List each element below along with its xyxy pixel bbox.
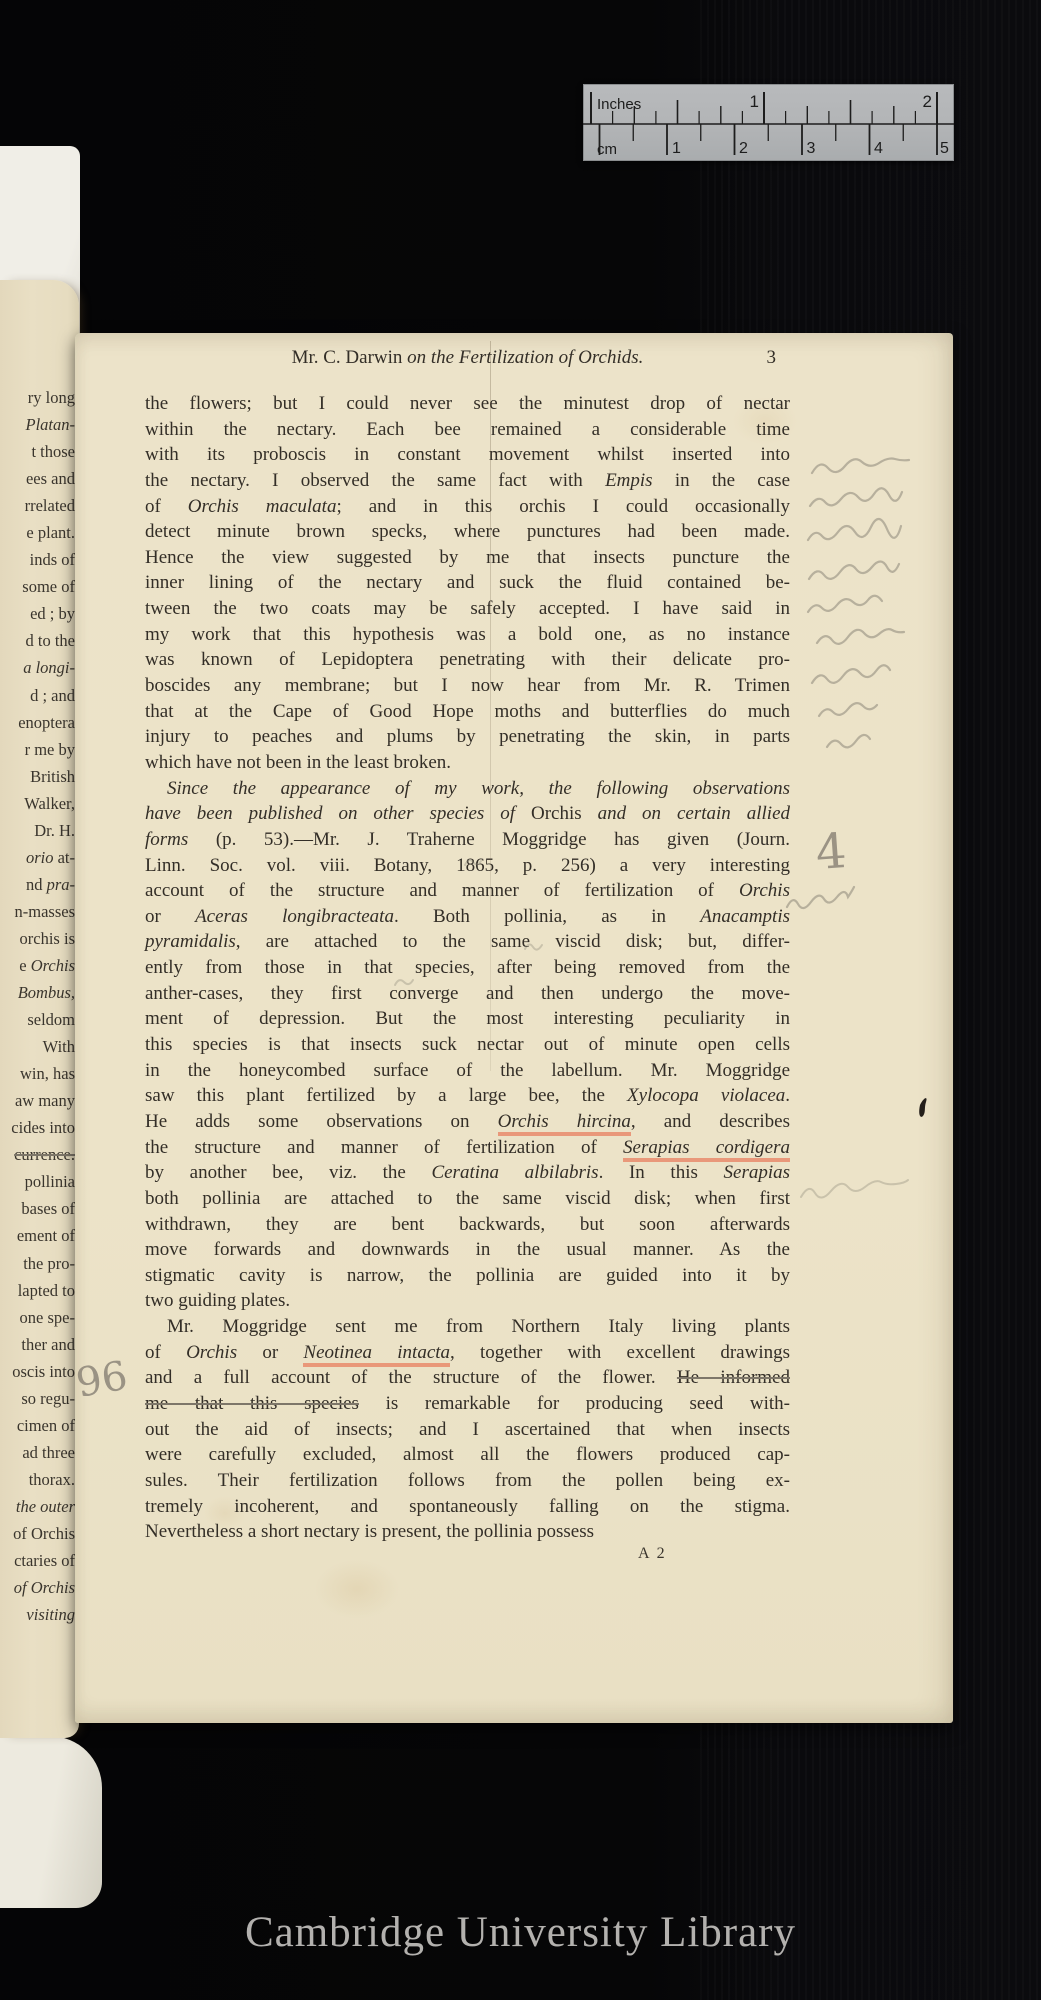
pencil-number-note: 4 xyxy=(814,823,848,881)
body-text-line: boscides any membrane; but I now hear fr… xyxy=(145,673,790,699)
facing-page-text-fragment: visiting xyxy=(0,1601,79,1628)
text-segment: pyramidalis xyxy=(145,931,236,952)
facing-page-text-fragment: ees and xyxy=(0,465,79,492)
text-segment: ctaries of xyxy=(14,1551,75,1570)
text-segment: . xyxy=(785,1085,790,1106)
text-segment: in the case xyxy=(653,470,790,491)
text-segment: e plant. xyxy=(26,523,75,542)
inch-ticks xyxy=(591,92,937,124)
pencil-struck-phrase: currence. xyxy=(14,1145,75,1164)
body-text-line: out the aid of insects; and I ascertaine… xyxy=(145,1417,790,1443)
facing-page-text-fragment: With xyxy=(0,1033,79,1060)
text-segment: Mr. Moggridge sent me from Northern Ital… xyxy=(167,1316,790,1337)
text-segment: cimen of xyxy=(17,1416,75,1435)
cm-number-5: 5 xyxy=(940,140,949,157)
text-segment: sules. Their fertilization follows from … xyxy=(145,1470,790,1491)
text-segment: ently from those in that species, after … xyxy=(145,957,790,978)
text-segment: inner lining of the nectary and suck the… xyxy=(145,572,790,593)
text-segment: in the honeycombed surface of the labell… xyxy=(145,1060,790,1081)
facing-page-text-fragments: ry longPlatan-t thoseees andrrelatede pl… xyxy=(0,384,79,1628)
text-segment: orchis is xyxy=(20,929,75,948)
red-underlined-phrase: Orchis hircina xyxy=(498,1111,631,1136)
text-segment: forms xyxy=(145,829,188,850)
facing-page-text-fragment: d to the xyxy=(0,627,79,654)
body-text-line: this species is that insects suck nectar… xyxy=(145,1032,790,1058)
text-segment: my work that this hypothesis was a bold … xyxy=(145,624,790,645)
body-text-line: forms (p. 53).—Mr. J. Traherne Moggridge… xyxy=(145,827,790,853)
facing-page-text-fragment: r me by xyxy=(0,736,79,763)
text-segment: Anacamptis xyxy=(700,906,790,927)
pencil-struck-phrase: me that this species xyxy=(145,1393,359,1414)
text-segment: oscis into xyxy=(12,1362,75,1381)
illegible-pencil-scribble xyxy=(801,1180,908,1198)
text-segment: saw this plant fertilized by a large bee… xyxy=(145,1085,627,1106)
illegible-pencil-note-line xyxy=(812,665,890,683)
text-segment: enoptera xyxy=(18,713,75,732)
body-text-line: Linn. Soc. vol. viii. Botany, 1865, p. 2… xyxy=(145,853,790,879)
text-segment: Walker, xyxy=(24,794,75,813)
body-text-line: that at the Cape of Good Hope moths and … xyxy=(145,699,790,725)
text-segment: lapted to xyxy=(18,1281,75,1300)
text-segment: With xyxy=(43,1037,75,1056)
text-segment: detect minute brown specks, where punctu… xyxy=(145,521,790,542)
header-author: Mr. C. Darwin xyxy=(292,347,403,368)
facing-page-text-fragment: cides into xyxy=(0,1114,79,1141)
body-text-line: inner lining of the nectary and suck the… xyxy=(145,570,790,596)
facing-page-text-fragment: seldom xyxy=(0,1006,79,1033)
illegible-pencil-note-line xyxy=(808,596,882,612)
text-segment: or xyxy=(237,1342,303,1363)
facing-page-text-fragment: e Orchis xyxy=(0,952,79,979)
body-text-line: He adds some observations on Orchis hirc… xyxy=(145,1109,790,1135)
illegible-pencil-note-line xyxy=(812,459,909,474)
body-text-line: have been published on other species of … xyxy=(145,801,790,827)
text-segment: stigmatic cavity is narrow, the pollinia… xyxy=(145,1265,790,1286)
text-segment: have been published on other species of xyxy=(145,803,531,824)
text-segment: , together with excellent drawings xyxy=(450,1342,790,1363)
text-segment: ees and xyxy=(26,469,75,488)
body-text-line: two guiding plates. xyxy=(145,1288,790,1314)
half-cm-ticks xyxy=(633,124,903,141)
body-text-line: both pollinia are attached to the same v… xyxy=(145,1186,790,1212)
text-segment: or xyxy=(145,906,195,927)
text-segment: which have not been in the least broken. xyxy=(145,752,451,773)
body-text-line: was known of Lepidoptera penetrating wit… xyxy=(145,647,790,673)
text-segment: Orchis xyxy=(531,803,582,824)
facing-page-text-fragment: currence. xyxy=(0,1141,79,1168)
cm-number-2: 2 xyxy=(739,140,748,157)
body-text-line: in the honeycombed surface of the labell… xyxy=(145,1058,790,1084)
text-segment: of Orchis xyxy=(13,1524,75,1543)
facing-page-text-fragment: oscis into xyxy=(0,1358,79,1385)
facing-page-edge: ry longPlatan-t thoseees andrrelatede pl… xyxy=(0,280,79,1738)
text-segment: rrelated xyxy=(25,496,75,515)
body-text-line: which have not been in the least broken. xyxy=(145,750,790,776)
text-segment: Aceras longibracteata xyxy=(195,906,394,927)
body-text-line: saw this plant fertilized by a large bee… xyxy=(145,1083,790,1109)
text-segment: . Both pollinia, as in xyxy=(394,906,700,927)
body-text-line: the structure and manner of fertilizatio… xyxy=(145,1135,790,1161)
facing-page-text-fragment: Platan- xyxy=(0,411,79,438)
text-segment: account of the structure and manner of f… xyxy=(145,880,739,901)
facing-page-text-fragment: British xyxy=(0,763,79,790)
inch-number-1: 1 xyxy=(750,92,759,111)
body-text-line: Nevertheless a short nectary is present,… xyxy=(145,1519,790,1545)
body-text-line: ently from those in that species, after … xyxy=(145,955,790,981)
facing-page-text-fragment: of Orchis xyxy=(0,1520,79,1547)
ink-speck xyxy=(919,1098,926,1117)
running-header: Mr. C. Darwin on the Fertilization of Or… xyxy=(145,347,790,369)
body-text-line: stigmatic cavity is narrow, the pollinia… xyxy=(145,1263,790,1289)
pencil-struck-phrase: He informed xyxy=(677,1367,790,1388)
text-segment: Empis xyxy=(605,470,653,491)
text-segment: that at the Cape of Good Hope moths and … xyxy=(145,701,790,722)
illegible-pencil-note-line xyxy=(819,703,877,716)
body-text-line: were carefully excluded, almost all the … xyxy=(145,1442,790,1468)
text-segment: visiting xyxy=(26,1605,75,1624)
facing-page-text-fragment: ed ; by xyxy=(0,600,79,627)
text-segment: t those xyxy=(31,442,75,461)
facing-page-text-fragment: inds of xyxy=(0,546,79,573)
body-text-line: anther-cases, they first converge and th… xyxy=(145,981,790,1007)
text-segment: Orchis xyxy=(31,956,75,975)
text-segment: He adds some observations on xyxy=(145,1111,498,1132)
text-segment: injury to peaches and plums by penetrati… xyxy=(145,726,790,747)
text-segment: some of xyxy=(22,577,75,596)
facing-page-text-fragment: ry long xyxy=(0,384,79,411)
illegible-pencil-note-line xyxy=(809,562,899,580)
text-segment: the outer xyxy=(16,1497,75,1516)
text-segment: thorax. xyxy=(29,1470,75,1489)
facing-page-text-fragment: the pro- xyxy=(0,1250,79,1277)
text-segment: d ; and xyxy=(30,686,75,705)
facing-page-text-fragment: aw many xyxy=(0,1087,79,1114)
text-segment: the nectary. I observed the same fact wi… xyxy=(145,470,605,491)
facing-page-text-fragment: win, has xyxy=(0,1060,79,1087)
text-segment: was known of Lepidoptera penetrating wit… xyxy=(145,649,790,670)
text-segment: boscides any membrane; but I now hear fr… xyxy=(145,675,790,696)
text-segment: is remarkable for producing seed with- xyxy=(359,1393,790,1414)
body-text-line: pyramidalis, are attached to the same vi… xyxy=(145,929,790,955)
illegible-pencil-note-line xyxy=(810,488,902,506)
cm-number-4: 4 xyxy=(874,140,883,157)
ruler-cm-label: cm xyxy=(597,141,617,158)
body-text-line: move forwards and downwards in the usual… xyxy=(145,1237,790,1263)
body-text-line: Mr. Moggridge sent me from Northern Ital… xyxy=(145,1314,790,1340)
text-segment: and a full account of the structure of t… xyxy=(145,1367,677,1388)
text-segment: Serapias xyxy=(724,1162,791,1183)
facing-page-text-fragment: enoptera xyxy=(0,709,79,736)
body-text-line: ment of depression. But the most interes… xyxy=(145,1006,790,1032)
text-segment: so regu- xyxy=(21,1389,75,1408)
facing-page-text-fragment: one spe- xyxy=(0,1304,79,1331)
facing-page-text-fragment: nd pra- xyxy=(0,871,79,898)
text-segment: aw many xyxy=(15,1091,75,1110)
text-segment: , and describes xyxy=(631,1111,790,1132)
facing-page-text-fragment: pollinia xyxy=(0,1168,79,1195)
text-segment: this species is that insects suck nectar… xyxy=(145,1034,790,1055)
text-segment: Platan- xyxy=(26,415,76,434)
text-segment: cides into xyxy=(11,1118,75,1137)
book-page: Mr. C. Darwin on the Fertilization of Or… xyxy=(75,333,953,1723)
facing-page-text-fragment: Walker, xyxy=(0,790,79,817)
page-crease-line xyxy=(490,341,491,1071)
text-segment: Hence the view suggested by me that inse… xyxy=(145,547,790,568)
text-segment: ement of xyxy=(17,1226,75,1245)
body-text-line: by another bee, viz. the Ceratina albila… xyxy=(145,1160,790,1186)
facing-page-text-fragment: cimen of xyxy=(0,1412,79,1439)
header-title: on the Fertilization of Orchids. xyxy=(407,347,643,368)
text-segment: by another bee, viz. the xyxy=(145,1162,431,1183)
text-segment: the pro- xyxy=(23,1254,75,1273)
facing-page-text-fragment: the outer xyxy=(0,1493,79,1520)
body-text-line: the flowers; but I could never see the m… xyxy=(145,391,790,417)
body-text-line: injury to peaches and plums by penetrati… xyxy=(145,724,790,750)
page-number: 3 xyxy=(767,347,777,369)
text-segment: nd xyxy=(26,875,47,894)
facing-page-text-fragment: orio at- xyxy=(0,844,79,871)
body-text-line: withdrawn, they are bent backwards, but … xyxy=(145,1212,790,1238)
library-watermark: Cambridge University Library xyxy=(0,1908,1041,1957)
facing-page-text-fragment: ther and xyxy=(0,1331,79,1358)
text-segment: ther and xyxy=(21,1335,75,1354)
text-segment: bases of xyxy=(21,1199,75,1218)
text-segment: tween the two coats may be safely accept… xyxy=(145,598,790,619)
ruler-inches-label: Inches xyxy=(597,96,641,113)
body-text-block: the flowers; but I could never see the m… xyxy=(145,391,790,1545)
body-text-line: within the nectary. Each bee remained a … xyxy=(145,417,790,443)
text-segment: of xyxy=(145,1342,186,1363)
illegible-pencil-note-line xyxy=(827,735,870,747)
text-segment: out the aid of insects; and I ascertaine… xyxy=(145,1419,790,1440)
ruler: Inches cm 1 2 1 2 3 4 5 xyxy=(583,84,954,161)
pencil-number-note-left: 96 xyxy=(75,1353,131,1407)
facing-page-text-fragment: a longi- xyxy=(0,654,79,681)
facing-page-text-fragment: ement of xyxy=(0,1222,79,1249)
text-segment: ad three xyxy=(22,1443,75,1462)
body-text-line: tremely incoherent, and spontaneously fa… xyxy=(145,1494,790,1520)
facing-page-text-fragment: Bombus, xyxy=(0,979,79,1006)
facing-page-text-fragment: rrelated xyxy=(0,492,79,519)
facing-page-text-fragment: ad three xyxy=(0,1439,79,1466)
signature-mark: A 2 xyxy=(638,1545,667,1563)
text-segment: British xyxy=(30,767,75,786)
text-segment: the flowers; but I could never see the m… xyxy=(145,393,790,414)
body-text-line: Hence the view suggested by me that inse… xyxy=(145,545,790,571)
text-segment: two guiding plates. xyxy=(145,1290,290,1311)
body-text-line: me that this species is remarkable for p… xyxy=(145,1391,790,1417)
text-segment: n-masses xyxy=(15,902,76,921)
text-segment: d to the xyxy=(26,631,76,650)
facing-page-text-fragment: bases of xyxy=(0,1195,79,1222)
facing-page-text-fragment: t those xyxy=(0,438,79,465)
facing-page-text-fragment: some of xyxy=(0,573,79,600)
text-segment: anther-cases, they first converge and th… xyxy=(145,983,790,1004)
body-text-line: or Aceras longibracteata. Both pollinia,… xyxy=(145,904,790,930)
text-segment: of Orchis xyxy=(14,1578,75,1597)
body-text-line: and a full account of the structure of t… xyxy=(145,1365,790,1391)
text-segment: e xyxy=(19,956,30,975)
text-segment: ; and in this orchis I could occasionall… xyxy=(336,496,790,517)
text-segment: and on certain allied xyxy=(582,803,790,824)
body-text-line: the nectary. I observed the same fact wi… xyxy=(145,468,790,494)
facing-page-text-fragment: ctaries of xyxy=(0,1547,79,1574)
cm-number-1: 1 xyxy=(672,140,681,157)
text-segment: within the nectary. Each bee remained a … xyxy=(145,419,790,440)
text-segment: pollinia xyxy=(25,1172,75,1191)
text-segment: inds of xyxy=(30,550,75,569)
text-segment: Orchis maculata xyxy=(188,496,337,517)
text-segment: Orchis xyxy=(739,880,790,901)
text-segment: withdrawn, they are bent backwards, but … xyxy=(145,1214,790,1235)
text-segment: ry long xyxy=(28,388,75,407)
red-underlined-phrase: Serapias cordigera xyxy=(623,1137,790,1162)
text-segment: Nevertheless a short nectary is present,… xyxy=(145,1521,594,1542)
text-segment: seldom xyxy=(27,1010,75,1029)
text-segment: ed ; by xyxy=(30,604,75,623)
text-segment: Linn. Soc. vol. viii. Botany, 1865, p. 2… xyxy=(145,855,790,876)
body-text-line: Since the appearance of my work, the fol… xyxy=(145,776,790,802)
facing-page-text-fragment: e plant. xyxy=(0,519,79,546)
body-text-line: with its proboscis in constant movement … xyxy=(145,442,790,468)
text-segment: . In this xyxy=(599,1162,724,1183)
book-page-edge-bottom-left xyxy=(0,1736,102,1908)
text-segment: r me by xyxy=(25,740,75,759)
text-segment: Xylocopa violacea xyxy=(627,1085,785,1106)
text-segment: win, has xyxy=(20,1064,75,1083)
text-segment: tremely incoherent, and spontaneously fa… xyxy=(145,1496,790,1517)
facing-page-text-fragment: lapted to xyxy=(0,1277,79,1304)
text-segment: Ceratina albilabris xyxy=(431,1162,598,1183)
text-segment: move forwards and downwards in the usual… xyxy=(145,1239,790,1260)
illegible-pencil-note-line xyxy=(817,629,904,644)
body-text-line: sules. Their fertilization follows from … xyxy=(145,1468,790,1494)
text-segment: at- xyxy=(53,848,75,867)
text-segment: , are attached to the same viscid disk; … xyxy=(236,931,790,952)
text-segment: with its proboscis in constant movement … xyxy=(145,444,790,465)
text-segment: ment of depression. But the most interes… xyxy=(145,1008,790,1029)
illegible-pencil-note-line xyxy=(808,519,901,540)
text-segment: Bombus, xyxy=(18,983,75,1002)
text-segment: one spe- xyxy=(20,1308,75,1327)
inch-number-2: 2 xyxy=(923,92,932,111)
facing-page-text-fragment: d ; and xyxy=(0,682,79,709)
text-segment: a longi- xyxy=(23,658,75,677)
facing-page-text-fragment: of Orchis xyxy=(0,1574,79,1601)
facing-page-text-fragment: thorax. xyxy=(0,1466,79,1493)
photo-stage: ry longPlatan-t thoseees andrrelatede pl… xyxy=(0,0,1041,2000)
text-segment: orio xyxy=(26,848,54,867)
facing-page-text-fragment: orchis is xyxy=(0,925,79,952)
red-underlined-phrase: Neotinea intacta xyxy=(303,1342,450,1367)
body-text-line: tween the two coats may be safely accept… xyxy=(145,596,790,622)
body-text-line: of Orchis maculata; and in this orchis I… xyxy=(145,494,790,520)
body-text-line: my work that this hypothesis was a bold … xyxy=(145,622,790,648)
body-text-line: of Orchis or Neotinea intacta, together … xyxy=(145,1340,790,1366)
text-segment: were carefully excluded, almost all the … xyxy=(145,1444,790,1465)
facing-page-text-fragment: n-masses xyxy=(0,898,79,925)
facing-page-text-fragment: Dr. H. xyxy=(0,817,79,844)
body-text-line: account of the structure and manner of f… xyxy=(145,878,790,904)
body-text-line: detect minute brown specks, where punctu… xyxy=(145,519,790,545)
text-segment: Since the appearance of my work, the fol… xyxy=(167,778,790,799)
text-segment: both pollinia are attached to the same v… xyxy=(145,1188,790,1209)
facing-page-text-fragment: so regu- xyxy=(0,1385,79,1412)
text-segment: of xyxy=(145,496,188,517)
illegible-pencil-word xyxy=(787,887,854,908)
text-segment: Dr. H. xyxy=(34,821,75,840)
cm-number-3: 3 xyxy=(807,140,816,157)
text-segment: the structure and manner of fertilizatio… xyxy=(145,1137,623,1158)
text-segment: pra- xyxy=(47,875,75,894)
text-segment: Orchis xyxy=(186,1342,237,1363)
